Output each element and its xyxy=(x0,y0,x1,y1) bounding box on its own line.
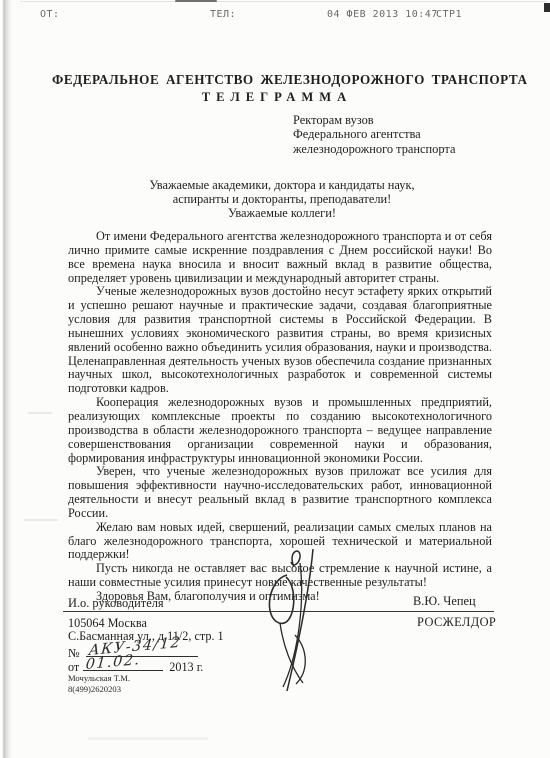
executor-name: Мочульская Т.М. xyxy=(68,673,130,684)
scan-top-mark xyxy=(175,0,217,2)
body-paragraph: Кооперация железнодорожных вузов и промы… xyxy=(68,396,492,465)
scan-top-hairline xyxy=(20,1,546,2)
scan-corner-mark xyxy=(544,3,550,12)
scanned-telegram-page: ОТ: ТЕЛ: 04 ФЕВ 2013 10:47 СТР1 ФЕДЕРАЛЬ… xyxy=(0,0,550,758)
fax-timestamp: 04 ФЕВ 2013 10:47 xyxy=(327,9,438,20)
fax-tel-label: ТЕЛ: xyxy=(210,9,236,20)
signature-scribble xyxy=(250,543,340,695)
salutation-line: Уважаемые академики, доктора и кандидаты… xyxy=(52,179,512,193)
scan-edge-band xyxy=(0,0,12,758)
executor-phone: 8(499)2620203 xyxy=(68,684,130,695)
signer-name: В.Ю. Чепец xyxy=(413,594,476,609)
addressee-line: Ректорам вузов xyxy=(293,113,455,127)
body-paragraph: Уверен, что ученые железнодорожных вузов… xyxy=(68,465,492,520)
letterhead: ФЕДЕРАЛЬНОЕ АГЕНТСТВО ЖЕЛЕЗНОДОРОЖНОГО Т… xyxy=(52,72,502,105)
date-year-suffix: 2013 г. xyxy=(169,660,203,674)
fax-page-number: СТР1 xyxy=(436,9,462,20)
body-paragraph: От имени Федерального агентства железнод… xyxy=(68,230,492,285)
body-paragraph: Ученые железнодорожных вузов достойно не… xyxy=(68,285,492,396)
addressee-block: Ректорам вузов Федерального агентства же… xyxy=(293,113,455,156)
agency-title: ФЕДЕРАЛЬНОЕ АГЕНТСТВО ЖЕЛЕЗНОДОРОЖНОГО Т… xyxy=(52,72,502,88)
scan-noise xyxy=(24,519,58,521)
organization-name: РОСЖЕЛДОР xyxy=(417,615,496,630)
signer-position: И.о. руководителя xyxy=(68,596,164,611)
addressee-line: Федерального агентства xyxy=(293,127,455,141)
signature-divider-line xyxy=(63,611,494,612)
scan-noise xyxy=(88,737,208,740)
document-type-title: ТЕЛЕГРАММА xyxy=(52,90,502,105)
handwritten-date: 01.02. xyxy=(85,652,141,673)
executor-contact-block: Мочульская Т.М. 8(499)2620203 xyxy=(68,673,130,695)
salutation-line: Уважаемые коллеги! xyxy=(52,207,512,221)
date-label: от xyxy=(68,660,79,674)
scan-noise xyxy=(28,412,52,414)
date-blank: 01.02. xyxy=(83,658,163,671)
salutation-block: Уважаемые академики, доктора и кандидаты… xyxy=(52,179,512,220)
salutation-line: аспиранты и докторанты, преподаватели! xyxy=(52,193,512,207)
addressee-line: железнодорожного транспорта xyxy=(293,142,455,156)
fax-from-label: ОТ: xyxy=(40,9,60,20)
